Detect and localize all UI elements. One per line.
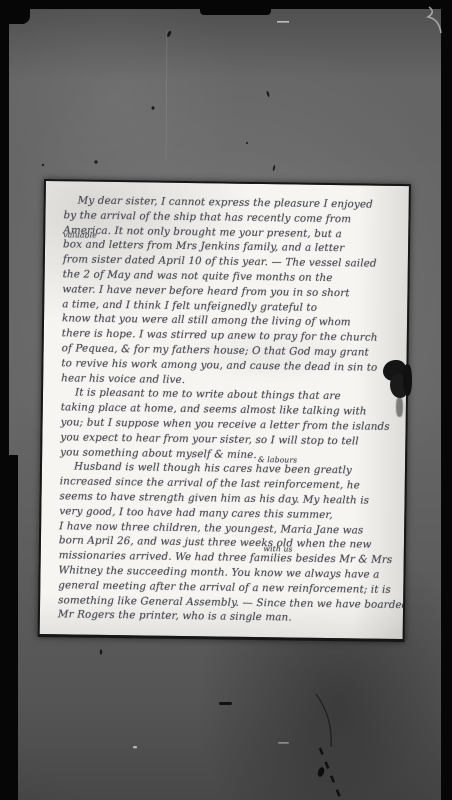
letter-line-text: hear his voice and live. — [61, 372, 185, 386]
film-frame-left-lower — [0, 455, 18, 800]
interline-insertion: & labours — [258, 456, 297, 465]
film-frame-right — [441, 0, 452, 800]
ink-blob-drip — [396, 397, 403, 417]
microfilm-photo: My dear sister, I cannot express the ple… — [0, 0, 452, 800]
letter-line-text: a time, and I think I felt unfeignedly g… — [62, 298, 317, 314]
letter-line-text: It is pleasant to me to write about thin… — [75, 387, 341, 403]
film-top-notch — [200, 0, 271, 15]
letter-lines: My dear sister, I cannot express the ple… — [58, 193, 405, 627]
interline-insertion: with us — [263, 545, 292, 553]
film-frame-left — [0, 0, 9, 457]
ink-blob-edge — [403, 364, 412, 396]
letter-page: My dear sister, I cannot express the ple… — [38, 179, 411, 642]
interline-insertion: valuable — [63, 231, 97, 239]
letter-line-text: Mr Rogers the printer, who is a single m… — [58, 609, 292, 624]
letter-line-text: you something about myself & mine. — [60, 446, 257, 461]
film-corner-shadow — [0, 0, 30, 24]
